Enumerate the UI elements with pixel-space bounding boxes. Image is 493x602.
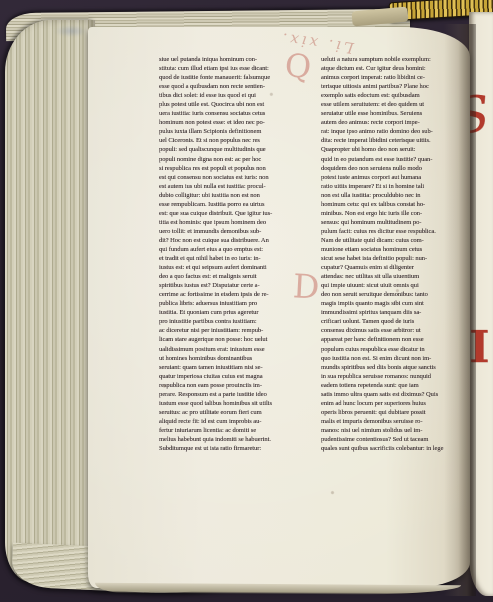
text-line: atque dictum est. Cur igitur deus homini… — [321, 64, 467, 73]
photograph-background: S I Li. xix. siue uel putanda iniqua hom… — [0, 0, 493, 602]
text-line: uera iustitia: iuris consensu sociatus c… — [159, 109, 299, 118]
text-line: titia est hominis: que ipsum hominem deo — [159, 218, 299, 227]
rubric-initial-s: S — [469, 84, 492, 145]
text-line: hominum cetu: qui ex talibus constat ho- — [321, 200, 467, 209]
text-line: appareat per hanc definitionem non esse — [321, 335, 467, 344]
text-line: munione etiam sociatus hominum cetus — [321, 245, 467, 254]
text-line: seruiant: quam tamen iniustitiam nisi se… — [159, 363, 299, 372]
text-line: sensus: qui hominum multitudinem po- — [321, 218, 467, 227]
text-line: esse utilem seruitutem: et deo quidem ut — [321, 100, 467, 109]
text-line: terisque uitiosis animi partibus? Plane … — [321, 82, 467, 91]
text-line: doquidem deo non seruiens nullo modo — [321, 164, 467, 173]
text-line: est autem ius ubi nulla est iustitia: pr… — [159, 182, 299, 191]
text-line: populi nomine digna non est: ac per hoc — [159, 155, 299, 164]
text-line: crificari uolunt. Tamen quod de iuris — [321, 317, 467, 326]
text-line: tibus dici solet: id esse ius quod ei qu… — [159, 91, 299, 100]
text-line: plus potest utile est. Quocirca ubi non … — [159, 100, 299, 109]
text-line: hominum non potest esse: et ideo nec po- — [159, 118, 299, 127]
text-line: non est ulla iustitia: proculdubio nec i… — [321, 191, 467, 200]
text-line: si respublica res est populi et populus … — [159, 164, 299, 173]
text-line: pudentissime contentiosus? Sed ut taceam — [321, 435, 467, 444]
text-line: sicut sese habet ista definitio populi: … — [321, 254, 467, 263]
text-line: qui fundum aufert eius a quo emptus est: — [159, 245, 299, 254]
text-line: ac diceretur nisi per iniustitiam: rempu… — [159, 326, 299, 335]
text-line: ueluti a natura sumptum nobile exemplum: — [321, 55, 467, 64]
text-line: populi: sed qualiscunque multitudinis qu… — [159, 145, 299, 154]
text-line: et tradit ei qui nihil habet in eo iuris… — [159, 254, 299, 263]
ink-smudge — [54, 25, 88, 37]
text-line: in sua republica seruisse romanos: nunqu… — [321, 372, 467, 381]
text-line: Quapropter ubi homo deo non seruit: — [321, 145, 467, 154]
text-line: ut homines hominibus dominantibus — [159, 354, 299, 363]
text-line: seruitus: ac pro utilitate eorum fieri c… — [159, 408, 299, 417]
text-line: seruiatur utile esse hominibus. Seruiens — [321, 109, 467, 118]
text-line: publica libris: aduersus iniustitiam pro — [159, 299, 299, 308]
text-line: animus corpori imperat: ratio libidini c… — [321, 73, 467, 82]
text-line: dita: recte imperat libidini ceterisque … — [321, 136, 467, 145]
text-line: iustus est: et qui seipsum aufert domina… — [159, 263, 299, 272]
text-line: malis et impuris demonibus seruisse ro- — [321, 417, 467, 426]
book-page: Li. xix. siue uel putanda iniqua hominum… — [88, 27, 470, 588]
text-column-left: siue uel putanda iniqua hominum con-stit… — [159, 55, 299, 453]
text-line: iustitia. Et quoniam cum prius ageretur — [159, 308, 299, 317]
text-line: rat: inque ipso animo ratio domino deo s… — [321, 127, 467, 136]
text-line: cupatur? Quamuis enim si diligenter — [321, 263, 467, 272]
header-inscription: Li. xix. — [263, 27, 355, 57]
text-line: quales sunt quibus sacrificiis colebantu… — [321, 444, 467, 453]
text-line: mundis spiritibus sed diis bonis atque s… — [321, 363, 467, 372]
text-line: pulum facit: cuius res dicitur esse resp… — [321, 227, 467, 236]
text-line: licam stare augerique non posse: hoc uel… — [159, 335, 299, 344]
text-line: deo a quo factus est: et malignis seruit — [159, 272, 299, 281]
text-line: dubio colligitur: ubi iustitia non est n… — [159, 191, 299, 200]
text-line: pulus iuxta illam Scipionis definitionem — [159, 127, 299, 136]
text-line: esse rempublicam. Iustitia porro ea uirt… — [159, 200, 299, 209]
text-column-right: ueluti a natura sumptum nobile exemplum:… — [321, 55, 467, 453]
text-line: satis immo ultra quam satis est diximus?… — [321, 390, 467, 399]
text-line: uel Ciceronis. Et si non populus nec res — [159, 136, 299, 145]
text-line: autem deo animus: recte corpori impe- — [321, 118, 467, 127]
text-line: uero tollit: et immundis demonibus sub- — [159, 227, 299, 236]
text-line: eadem totiens repetenda sunt: que iam — [321, 381, 467, 390]
text-line: qui impie uiuunt: sicut uiuit omnis qui — [321, 281, 467, 290]
text-line: minibus. Non est ergo hic iuris ille con… — [321, 209, 467, 218]
text-line: iustum esse quod talibus hominibus sit u… — [159, 399, 299, 408]
text-line: enim ad hunc locum per superiores huius — [321, 399, 467, 408]
text-line: attendas: nec utilitas sit ulla uiuentiu… — [321, 272, 467, 281]
text-line: immundissimi spiritus tanquam diis sa- — [321, 308, 467, 317]
text-line: consensu diximus satis esse arbitror: ut — [321, 326, 467, 335]
text-line: perare. Responsum est a parte iustitie i… — [159, 390, 299, 399]
text-line: exemplo satis edoctum est: quibusdam — [321, 91, 467, 100]
text-line: cerrime ac fortissime in eisdem ipsis de… — [159, 290, 299, 299]
text-line: magis impiis quanto magis sibi cum sint — [321, 299, 467, 308]
text-line: populum cuius respublica esse dicatur in — [321, 345, 467, 354]
page-bottom-edge — [95, 583, 461, 596]
page-stack-fore-edge — [5, 20, 95, 582]
text-line: spiritibus iustus est? Disputatur certe … — [159, 281, 299, 290]
text-line: potest iuste animus corpori aut humana — [321, 173, 467, 182]
text-line: siue uel putanda iniqua hominum con- — [159, 55, 299, 64]
text-line: Nam de utilitate quid dicam: cuius com- — [321, 236, 467, 245]
text-line: dit? Hoc non est cuique sua distribuere.… — [159, 236, 299, 245]
facing-page-sliver: S I — [469, 12, 493, 596]
text-line: aliquid recte fit: id est cum improbis a… — [159, 417, 299, 426]
text-line: Subditumque est ut ista ratio firmaretur… — [159, 444, 299, 453]
text-line: melius habebunt quia indomiti se habueri… — [159, 435, 299, 444]
text-line: est: que sua cuique distribuit. Que igit… — [159, 209, 299, 218]
text-line: respublica non eam posse prouinciis im- — [159, 381, 299, 390]
rubric-initial-i: I — [469, 322, 490, 373]
text-line: quo iustitia non est. Si enim dicunt non… — [321, 354, 467, 363]
text-line: esse quod a quibusdam non recte sentien- — [159, 82, 299, 91]
text-line: ualidissimum positum erat: iniustum esse — [159, 345, 299, 354]
text-line: stituta: cum illud etiam ipsi ius esse d… — [159, 64, 299, 73]
text-line: deo non seruit seruitque demonibus: tant… — [321, 290, 467, 299]
text-line: ratio uitiis imperare? Et si in homine t… — [321, 182, 467, 191]
text-line: quid in eo putandum est esse iustitie? q… — [321, 155, 467, 164]
text-line: operis libros peruenit: qui dubitare pos… — [321, 408, 467, 417]
text-line: est qui consensu non sociatus est iuris:… — [159, 173, 299, 182]
text-line: manos: nisi uel nimium stolidus uel im- — [321, 426, 467, 435]
text-line: fertur iniuriarum licentia: ac domiti se — [159, 426, 299, 435]
text-line: quatur imperiosa ciuitas cuius est magna — [159, 372, 299, 381]
text-line: quod de iustitie fonte manauerit: falsum… — [159, 73, 299, 82]
text-line: pro iniustitie partibus contra iustitiam… — [159, 317, 299, 326]
